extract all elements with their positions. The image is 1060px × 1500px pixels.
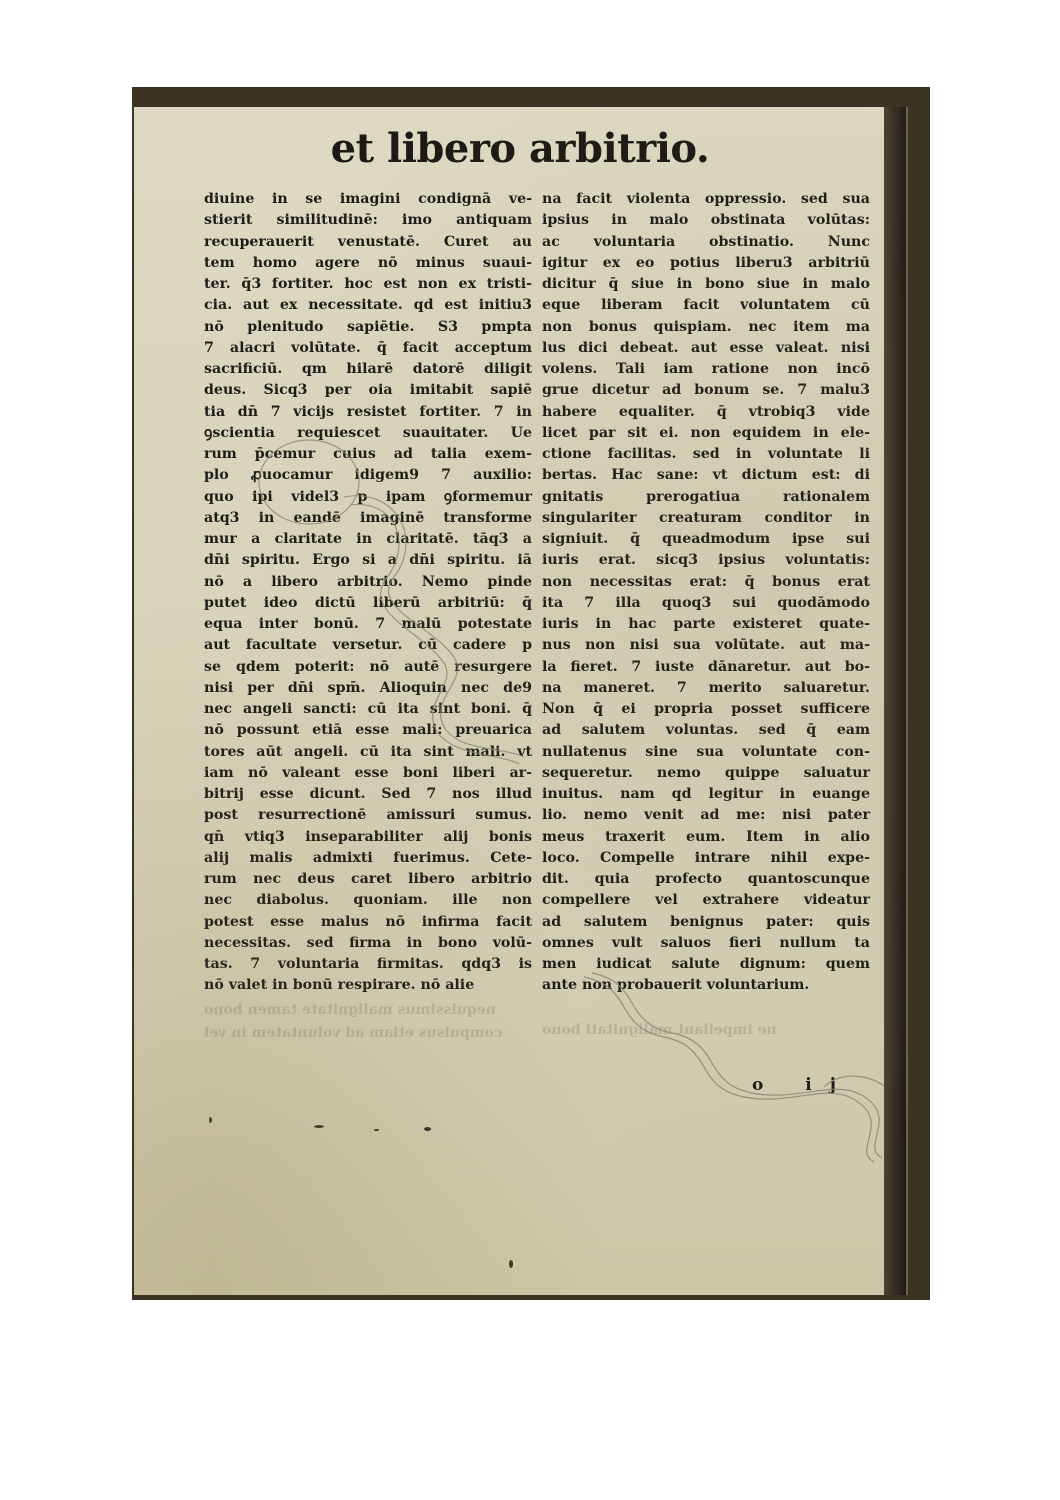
text-line: putet ideo dictū liberū arbitriū: q̄ <box>204 593 532 614</box>
text-line: ante non probauerit voluntarium. <box>542 975 870 996</box>
text-line: quo ipi videl3 p ipam ꝯformemur <box>204 487 532 508</box>
text-line: non necessitas erat: q̄ bonus erat <box>542 572 870 593</box>
text-line: iuris erat. sicq3 ipsius voluntatis: <box>542 550 870 571</box>
text-line: nō possunt etiā esse mali: preuarica <box>204 720 532 741</box>
text-line: inuitus. nam qd legitur in euange <box>542 784 870 805</box>
text-line: ter. q̄3 fortiter. hoc est non ex tristi… <box>204 274 532 295</box>
text-line: licet par sit ei. non equidem in ele- <box>542 423 870 444</box>
text-line: se qdem poterit: nō autē resurgere <box>204 657 532 678</box>
text-line: bitrij esse dicunt. Sed 7 nos illud <box>204 784 532 805</box>
text-line: meus traxerit eum. Item in alio <box>542 827 870 848</box>
text-line: dit. quia profecto quantoscunque <box>542 869 870 890</box>
text-line: nō valet in bonū respirare. nō alie <box>204 975 532 996</box>
text-line: ad salutem voluntas. sed q̄ eam <box>542 720 870 741</box>
text-line: na maneret. 7 merito saluaretur. <box>542 678 870 699</box>
text-line: rum nec deus caret libero arbitrio <box>204 869 532 890</box>
text-line: ad salutem benignus pater: quis <box>542 912 870 933</box>
text-line: iam nō valeant esse boni liberi ar- <box>204 763 532 784</box>
text-line: diuine in se imagini condignā ve- <box>204 189 532 210</box>
text-line: atq3 in eandē imaginē transforme <box>204 508 532 529</box>
text-line: nec angeli sancti: cū ita sint boni. q̄ <box>204 699 532 720</box>
text-line: la fieret. 7 iuste dānaretur. aut bo- <box>542 657 870 678</box>
library-stamp-icon <box>574 967 904 1167</box>
text-line: 7 alacri volūtate. q̄ facit acceptum <box>204 338 532 359</box>
text-line: ipsius in malo obstinata volūtas: <box>542 210 870 231</box>
text-line: qn̄ vtiq3 inseparabiliter alij bonis <box>204 827 532 848</box>
text-line: loco. Compelle intrare nihil expe- <box>542 848 870 869</box>
text-line: dn̄i spiritu. Ergo si a dn̄i spiritu. iā <box>204 550 532 571</box>
signature-mark: o ij <box>752 1075 854 1095</box>
text-line: tores aūt angeli. cū ita sint mali. vt <box>204 742 532 763</box>
paper-leaf: et libero arbitrio. diuine in se imagini… <box>134 107 908 1295</box>
text-line: na facit violenta oppressio. sed sua <box>542 189 870 210</box>
text-line: signiuit. q̄ queadmodum ipse sui <box>542 529 870 550</box>
text-line: plo ꝓuocamur idigem9 7 auxilio: <box>204 465 532 486</box>
text-line: tem homo agere nō minus suaui- <box>204 253 532 274</box>
text-line: omnes vult saluos fieri nullum ta <box>542 933 870 954</box>
text-line: volens. Tali iam ratione non incō <box>542 359 870 380</box>
text-line: necessitas. sed firma in bono volū- <box>204 933 532 954</box>
show-through-text: ne impellant malignitati bono <box>542 1022 777 1038</box>
text-line: sacrificiū. qm hilarē datorē diligit <box>204 359 532 380</box>
text-line: ctione facilitas. sed in voluntate li <box>542 444 870 465</box>
text-line: nec diabolus. quoniam. ille non <box>204 890 532 911</box>
text-line: men iudicat salute dignum: quem <box>542 954 870 975</box>
text-line: eque liberam facit voluntatem cū <box>542 295 870 316</box>
running-head: et libero arbitrio. <box>134 125 906 172</box>
text-line: ac voluntaria obstinatio. Nunc <box>542 232 870 253</box>
page-edge-shadow <box>884 107 906 1295</box>
text-line: singulariter creaturam conditor in <box>542 508 870 529</box>
text-line: ꝯscientia requiescet suauitater. Ue <box>204 423 532 444</box>
text-line: nō a libero arbitrio. Nemo pinde <box>204 572 532 593</box>
text-line: bertas. Hac sane: vt dictum est: di <box>542 465 870 486</box>
text-line: mur a claritate in claritatē. tāq3 a <box>204 529 532 550</box>
text-line: tas. 7 voluntaria firmitas. qdq3 is <box>204 954 532 975</box>
text-line: Non q̄ ei propria posset sufficere <box>542 699 870 720</box>
text-line: equa inter bonū. 7 malū potestate <box>204 614 532 635</box>
text-line: rum p̄cemur cuius ad talia exem- <box>204 444 532 465</box>
text-line: aut facultate versetur. cū cadere p <box>204 635 532 656</box>
text-line: post resurrectionē amissuri sumus. <box>204 805 532 826</box>
text-line: potest esse malus nō infirma facit <box>204 912 532 933</box>
text-line: dicitur q̄ siue in bono siue in malo <box>542 274 870 295</box>
text-line: compellere vel extrahere videatur <box>542 890 870 911</box>
text-line: gnitatis prerogatiua rationalem <box>542 487 870 508</box>
text-line: nus non nisi sua volūtate. aut ma- <box>542 635 870 656</box>
text-line: cia. aut ex necessitate. qd est initiu3 <box>204 295 532 316</box>
text-line: ita 7 illa quoq3 sui quodāmodo <box>542 593 870 614</box>
show-through-text: compulsus etiam ad voluntatem in vel <box>204 1025 502 1041</box>
text-line: grue dicetur ad bonum se. 7 malu3 <box>542 380 870 401</box>
text-line: iuris in hac parte existeret quate- <box>542 614 870 635</box>
text-line: nullatenus sine sua voluntate con- <box>542 742 870 763</box>
text-line: sequeretur. nemo quippe saluatur <box>542 763 870 784</box>
text-line: stierit similitudinē: imo antiquam <box>204 210 532 231</box>
text-line: recuperauerit venustatē. Curet au <box>204 232 532 253</box>
text-line: tia dn̄ 7 vicijs resistet fortiter. 7 in <box>204 402 532 423</box>
book-page-scan: et libero arbitrio. diuine in se imagini… <box>132 87 930 1300</box>
text-line: nō plenitudo sapiētie. S3 pmpta <box>204 317 532 338</box>
left-text-column: diuine in se imagini condignā ve-stierit… <box>204 189 532 997</box>
text-line: lus dici debeat. aut esse valeat. nisi <box>542 338 870 359</box>
text-line: non bonus quispiam. nec item ma <box>542 317 870 338</box>
show-through-text: nequissimus malignitate tamen bono <box>204 1002 496 1018</box>
right-text-column: na facit violenta oppressio. sed suaipsi… <box>542 189 870 997</box>
text-line: nisi per dn̄i spm̄. Alioquin nec de9 <box>204 678 532 699</box>
text-line: deus. Sicq3 per oia imitabit sapiē <box>204 380 532 401</box>
text-line: lio. nemo venit ad me: nisi pater <box>542 805 870 826</box>
text-line: igitur ex eo potius liberu3 arbitriū <box>542 253 870 274</box>
text-line: alij malis admixti fuerimus. Cete- <box>204 848 532 869</box>
text-line: habere equaliter. q̄ vtrobiq3 vide <box>542 402 870 423</box>
